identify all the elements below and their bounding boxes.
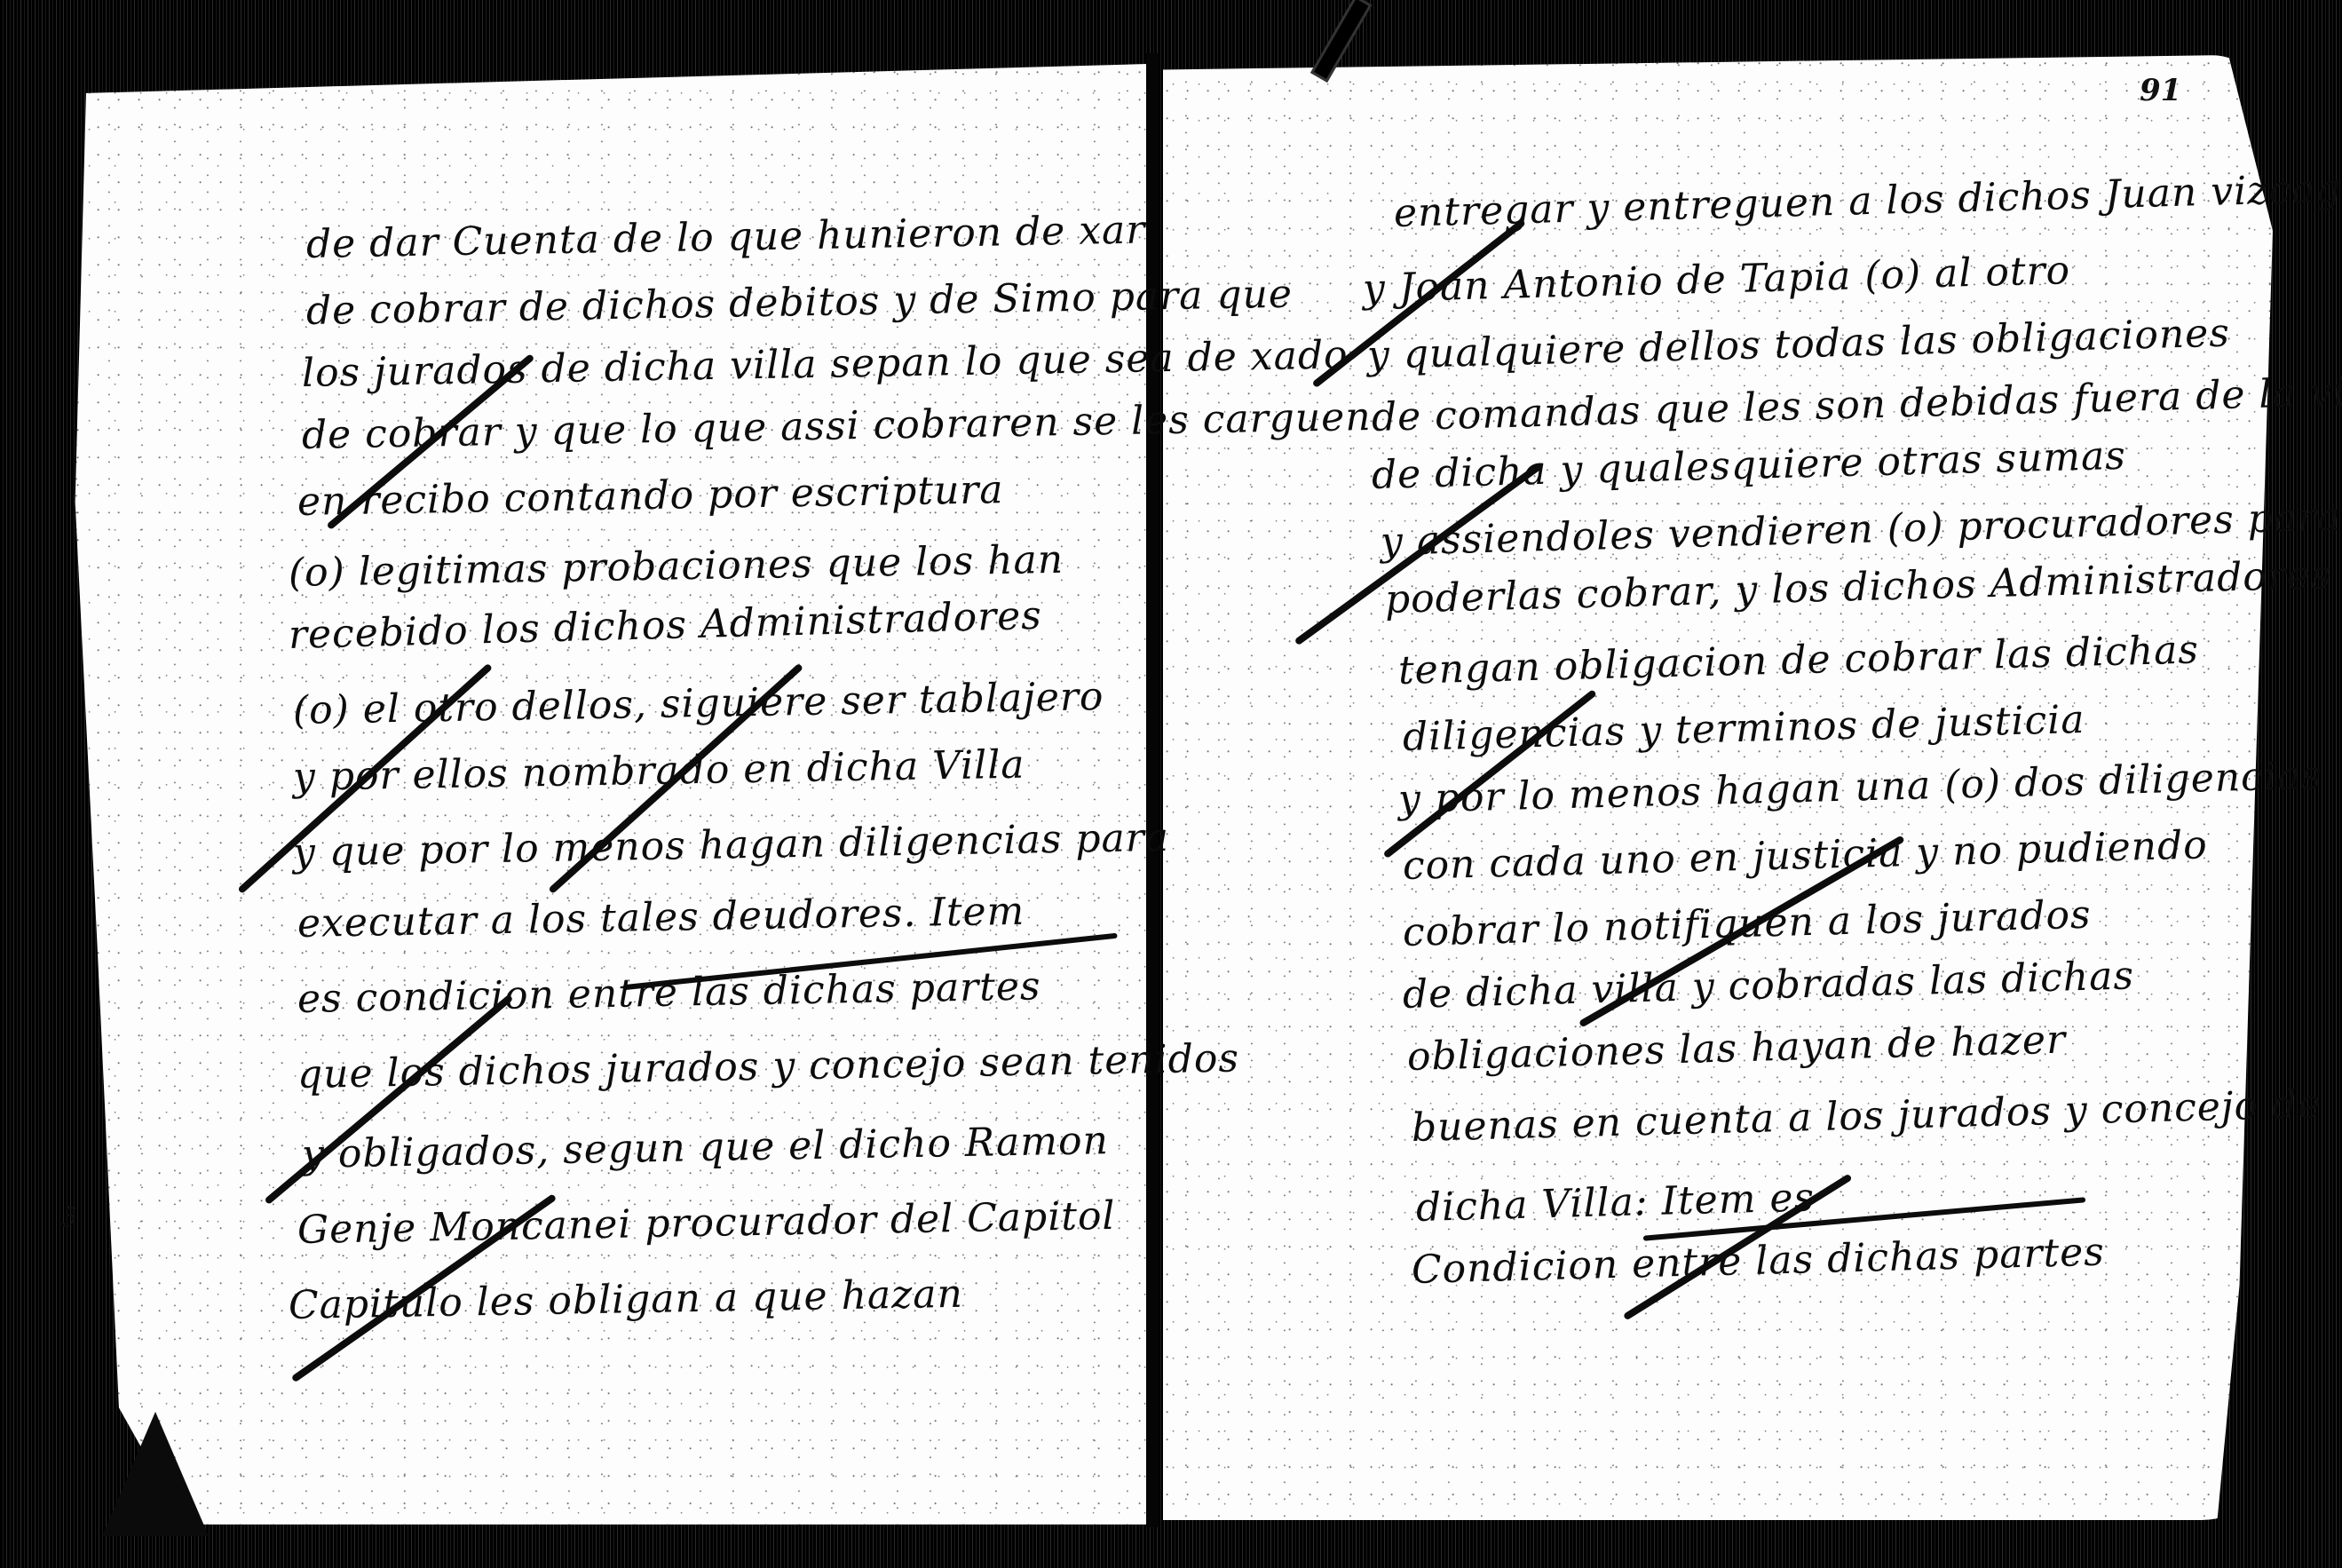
margin-mark: ℨ (60, 1203, 75, 1230)
folio-number: 91 (2140, 73, 2181, 108)
bookmark-tab (102, 1412, 209, 1536)
